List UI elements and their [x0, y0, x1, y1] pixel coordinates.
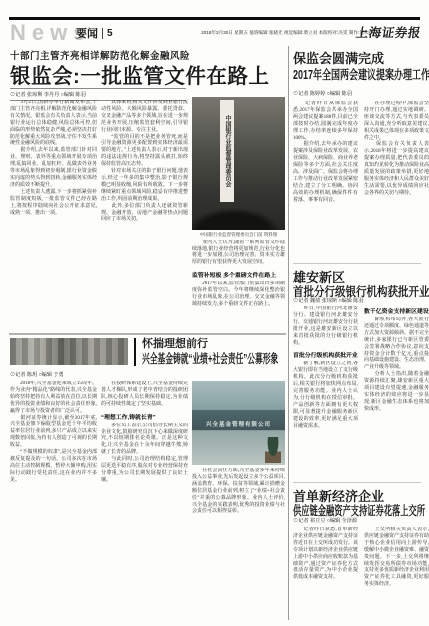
photo-caption: 中国银行业监督管理委员会门前 资料图	[192, 232, 285, 238]
main-article-column-3: 中国银行业监督管理委员会 中国银行业监督管理委员会门前 资料图 业内人士认为,随…	[192, 97, 285, 331]
main-article-column-3-text: 业内人士认为,随着一系列监管文件陆续落地,银行业经营将更加规范,行业分化也将进一…	[192, 240, 285, 268]
masthead-title: 上海证券报	[355, 23, 423, 41]
main-article-column-1: 3月2日,国新办举行新闻发布会,十部门主管齐亮相,详解防范化解金融风险有关情况。…	[10, 100, 97, 331]
photo-foreground-silhouette	[192, 194, 285, 230]
fund-office-sign: 兴全基金管理有限公司	[195, 420, 282, 428]
sse-article-column-a: 记者昨日获悉,首单新经济企业供应链金融资产支持证券近日在上交所成功发行。该专项计…	[293, 527, 358, 620]
main-article-headline: 银监会:一批监管文件在路上	[10, 59, 269, 89]
fund-article-column-2: 在投研体系建设上,兴全基金持续完善人才梯队,形成了老中青结合的投研团队,核心投研…	[101, 381, 188, 621]
section-divider	[102, 28, 103, 39]
xiongan-article-column-a: 昨日,中国银行河北雄安分行、建设银行河北雄安分行、交通银行河北雄安分行获批开业,…	[293, 306, 358, 478]
fund-article-column-3: 兴全基金管理有限公司 在社会责任方面,兴全基金多年来持续投入公益事业,先后发起设…	[192, 381, 285, 621]
section-label: 要闻	[76, 25, 98, 41]
fund-article-column-1: 2018年,兴全基金迎来成立15周年。作为业内“精品化”路线的代表,兴全基金始终…	[10, 381, 97, 621]
newspaper-page: News 要闻 5 2018年3月30日 星期五 值班编辑:张晓光 视觉编辑:柴…	[0, 0, 429, 626]
xiongan-column-a-top: 昨日,中国银行河北雄安分行、建设银行河北雄安分行、交通银行河北雄安分行获批开业,…	[293, 306, 358, 347]
main-article-crosshead: 监管补短板 多个重磅文件在路上	[192, 270, 285, 279]
xiongan-column-b-text: 除机构布局外,各大银行还通过专项额度、绿色通道等方式加大资源倾斜。据不完全统计,…	[364, 317, 429, 414]
right-article-separator-1	[293, 263, 421, 264]
fund-headline-divider	[134, 338, 136, 366]
fund-article-byline: ⊙记者 陈玥 ○编辑 于勇	[10, 371, 64, 378]
right-article-separator-2	[293, 482, 421, 483]
page-number: 5	[107, 28, 113, 39]
fund-article-column-2-top: 在投研体系建设上,兴全基金持续完善人才梯队,形成了老中青结合的投研团队,核心投研…	[101, 381, 188, 409]
office-plant	[265, 437, 281, 463]
column-divider-rule	[288, 46, 289, 620]
circ-article-column-a: 记者昨日从保监会获悉,2017年保监会共承办全国两会建议提案188件,目前已全部…	[293, 101, 358, 261]
main-article-column-3-text-bottom: 2017年以来,监管部门密集出台多项制度弥补监管空白。今年将继续深化整治银行业市…	[192, 281, 285, 309]
fund-article-column-2-bottom: 多位员工表示,公司倡导长期主义的企业文化,鼓励研究员沉下心来做深度研究,不以短期…	[101, 423, 188, 485]
fund-team-photo	[10, 338, 128, 365]
cbrc-vertical-banner: 中国银行业监督管理委员会	[220, 100, 234, 202]
circ-article-column-b: 在办理过程中,保监会坚持开门办理,通过实地调研、座谈交流等方式,与代表委员深入沟…	[364, 101, 429, 261]
xiongan-crosshead-b: 数千亿资金支持新区建设	[364, 306, 429, 315]
fund-article-column-3-text: 在社会责任方面,兴全基金多年来持续投入公益事业,先后发起设立多个公益项目,涵盖教…	[192, 468, 285, 516]
fund-office-photo: 兴全基金管理有限公司	[192, 381, 285, 465]
dateline: 2018年3月30日 星期五 值班编辑:张晓光 视觉编辑:柴立君 本版校对:冯雯…	[201, 30, 373, 36]
cbrc-building-photo: 中国银行业监督管理委员会	[192, 97, 285, 230]
main-article-column-2: 具体来看,相关文件涉及商业银行流动性风险、大额风险暴露、委托贷款、交叉金融产品等…	[101, 100, 188, 331]
circ-article-headline-2: 2017年全国两会建议提案办理工作	[293, 65, 429, 83]
sse-article-byline: ⊙记者 祁豆豆 ○编辑 全泽源	[293, 517, 357, 524]
sse-article-column-b: 上交所相关负责人表示,供应链金融资产支持证券有助于核心企业信用向上游传导,缓解中…	[364, 527, 429, 620]
xiongan-article-byline: ⊙记者 魏倩 张琼斯 ○编辑 陈羽	[293, 297, 364, 304]
fund-article-crosshead: “理想工作,铸就长青”	[101, 412, 188, 421]
xiongan-crosshead-a: 首批分行级机构获批开业	[293, 350, 358, 359]
fund-article-headline: 兴全基金铸就“业绩+社会责任”公募形象	[142, 349, 278, 367]
circ-article-byline: ⊙记者 陈婷婷 ○编辑 陈羽	[293, 90, 352, 97]
xiongan-column-a-bottom: 据了解,新区设立之初,各大银行即在当地设立了支行级机构。此次分行级机构获批后,相…	[293, 361, 358, 430]
xiongan-article-column-b: 数千亿资金支持新区建设 除机构布局外,各大银行还通过专项额度、绿色通道等方式加大…	[364, 306, 429, 478]
section-header: 要闻 5	[76, 25, 113, 41]
